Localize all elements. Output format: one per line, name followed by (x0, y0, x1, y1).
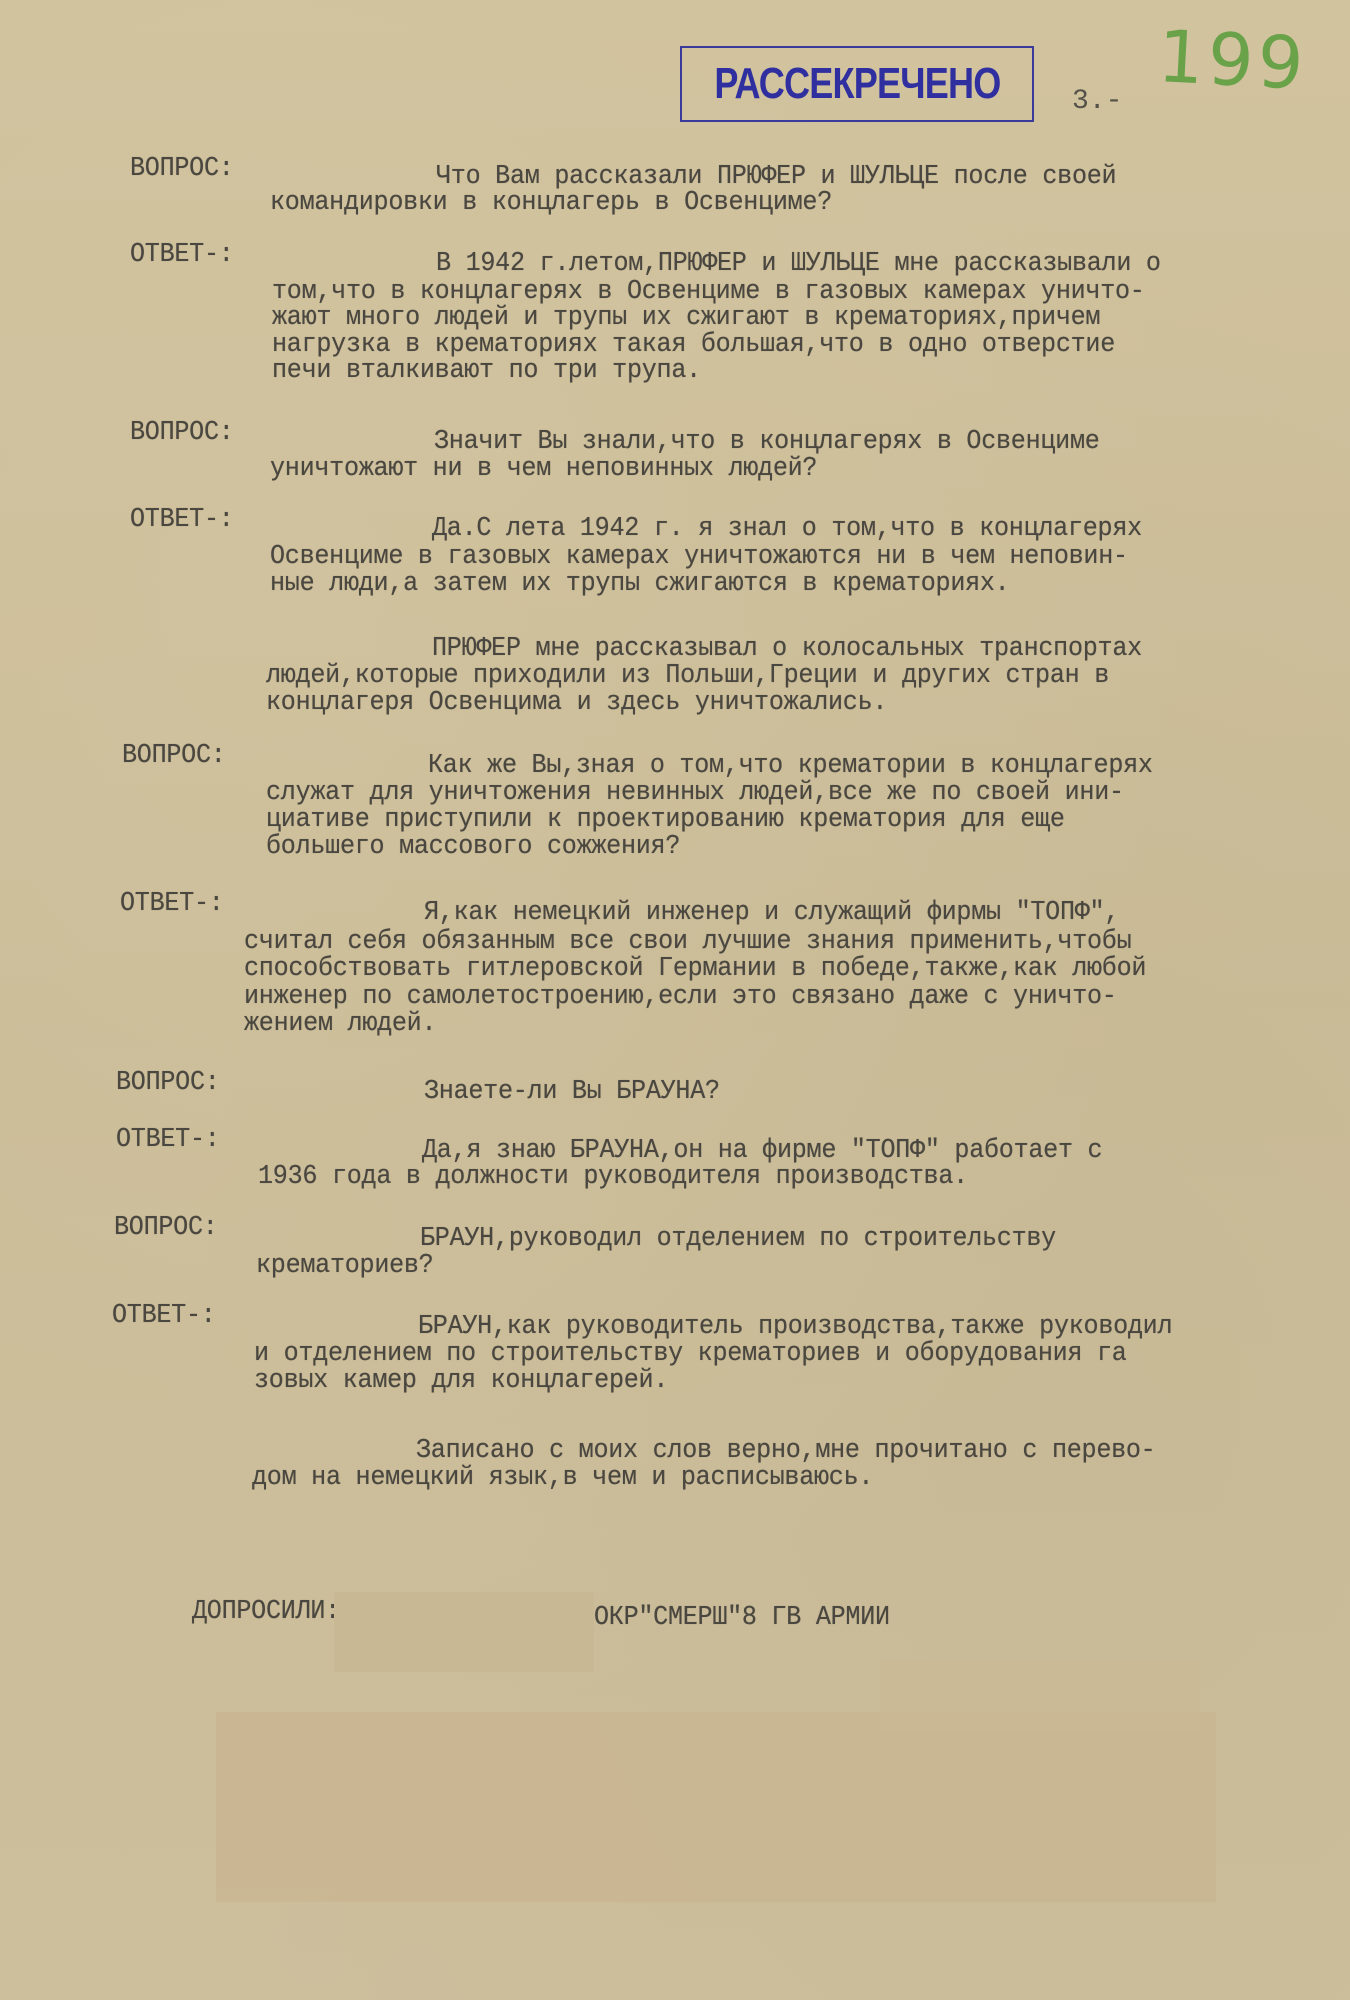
question-label: ВОПРОС: (122, 742, 226, 771)
text-line: людей,которые приходили из Польши,Греции… (266, 662, 1109, 691)
interrogators-label: ДОПРОСИЛИ: (192, 1598, 340, 1627)
text-line: БРАУН,как руководитель производства,такж… (418, 1313, 1172, 1342)
text-line: Записано с моих слов верно,мне прочитано… (416, 1437, 1155, 1466)
question-label: ВОПРОС: (130, 419, 234, 448)
answer-label: ОТВЕТ-: (116, 1126, 220, 1155)
text-line: жением людей. (244, 1010, 436, 1039)
text-line: концлагеря Освенцима и здесь уничтожалис… (266, 689, 887, 718)
redacted-name (334, 1592, 594, 1672)
text-line: В 1942 г.летом,ПРЮФЕР и ШУЛЬЦЕ мне расск… (436, 250, 1161, 279)
text-line: служат для уничтожения невинных людей,вс… (266, 779, 1124, 808)
text-line: 1936 года в должности руководителя произ… (258, 1163, 968, 1192)
text-line: Знаете-ли Вы БРАУНА? (424, 1078, 720, 1107)
question-label: ВОПРОС: (116, 1069, 220, 1098)
text-line: жают много людей и трупы их сжигают в кр… (272, 304, 1100, 333)
text-line: большего массового сожжения? (266, 833, 680, 862)
text-line: циативе приступили к проектированию крем… (266, 806, 1065, 835)
folio-number: 199 (1156, 14, 1310, 106)
text-line: Да.С лета 1942 г. я знал о том,что в кон… (432, 515, 1142, 544)
text-line: способствовать гитлеровской Германии в п… (244, 955, 1146, 984)
text-line: дом на немецкий язык,в чем и расписываюс… (252, 1464, 873, 1493)
document-page: РАССЕКРЕЧЕНО 3.- 199 ВОПРОС: Что Вам рас… (0, 0, 1350, 2000)
answer-label: ОТВЕТ-: (120, 890, 224, 919)
text-line: ные люди,а затем их трупы сжигаются в кр… (270, 570, 1009, 599)
text-line: печи вталкивают по три трупа. (272, 357, 701, 386)
text-line: крематориев? (256, 1252, 433, 1281)
text-line: зовых камер для концлагерей. (254, 1367, 668, 1396)
unit-name: ОКР"СМЕРШ"8 ГВ АРМИИ (594, 1604, 890, 1633)
text-line: Я,как немецкий инженер и служащий фирмы … (424, 899, 1119, 928)
redacted-signatures (216, 1712, 1216, 1902)
question-label: ВОПРОС: (130, 155, 234, 184)
text-line: Освенциме в газовых камерах уничтожаются… (270, 543, 1128, 572)
text-line: считал себя обязанным все свои лучшие зн… (244, 928, 1131, 957)
text-line: ПРЮФЕР мне рассказывал о колосальных тра… (432, 635, 1142, 664)
answer-label: ОТВЕТ-: (130, 506, 234, 535)
redacted-area (880, 1660, 1200, 1730)
text-line: уничтожают ни в чем неповинных людей? (270, 455, 817, 484)
text-line: инженер по самолетостроению,если это свя… (244, 983, 1117, 1012)
text-line: командировки в концлагерь в Освенциме? (270, 189, 832, 218)
text-line: БРАУН,руководил отделением по строительс… (420, 1225, 1056, 1254)
answer-label: ОТВЕТ-: (112, 1302, 216, 1331)
text-line: Значит Вы знали,что в концлагерях в Осве… (434, 428, 1100, 457)
text-line: и отделением по строительству крематорие… (254, 1340, 1127, 1369)
declassified-stamp: РАССЕКРЕЧЕНО (680, 46, 1034, 122)
question-label: ВОПРОС: (114, 1214, 218, 1243)
sheet-number: 3.- (1072, 86, 1122, 117)
answer-label: ОТВЕТ-: (130, 241, 234, 270)
text-line: Как же Вы,зная о том,что крематории в ко… (428, 752, 1153, 781)
